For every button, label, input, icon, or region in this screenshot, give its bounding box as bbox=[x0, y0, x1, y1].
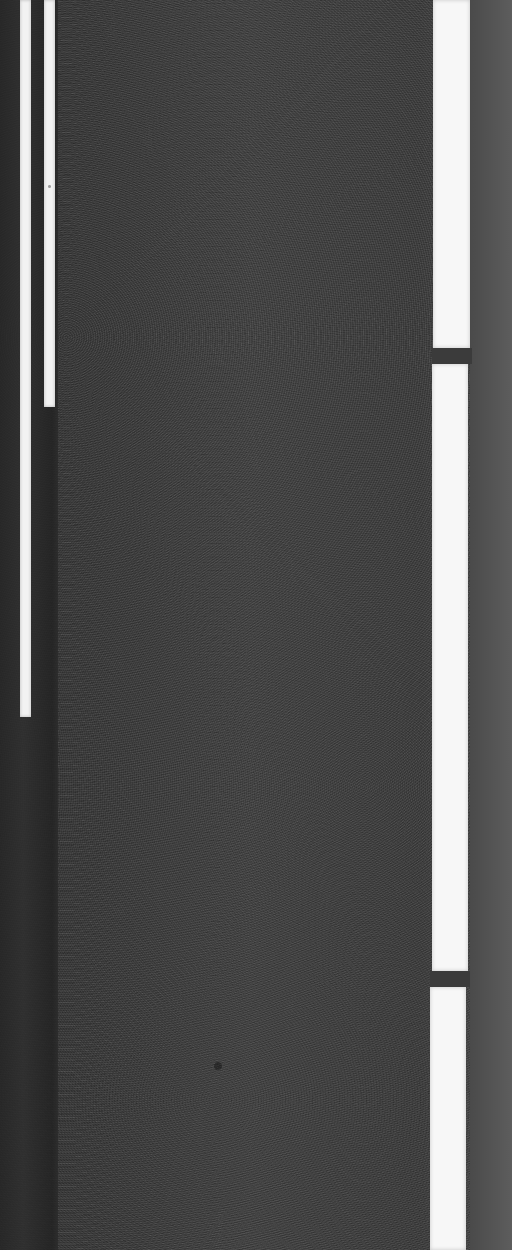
dash-gap bbox=[432, 348, 472, 364]
road-scene bbox=[0, 0, 512, 1250]
right-dash-segment bbox=[433, 0, 470, 348]
left-solid-line-outer bbox=[20, 0, 31, 717]
right-dash-segment bbox=[432, 364, 468, 971]
road-stain bbox=[214, 1062, 222, 1070]
road-stain bbox=[48, 185, 51, 188]
right-dash-segment bbox=[430, 987, 466, 1250]
dash-gap bbox=[430, 971, 470, 987]
left-solid-line-inner bbox=[44, 0, 55, 407]
right-shoulder bbox=[470, 0, 512, 1250]
